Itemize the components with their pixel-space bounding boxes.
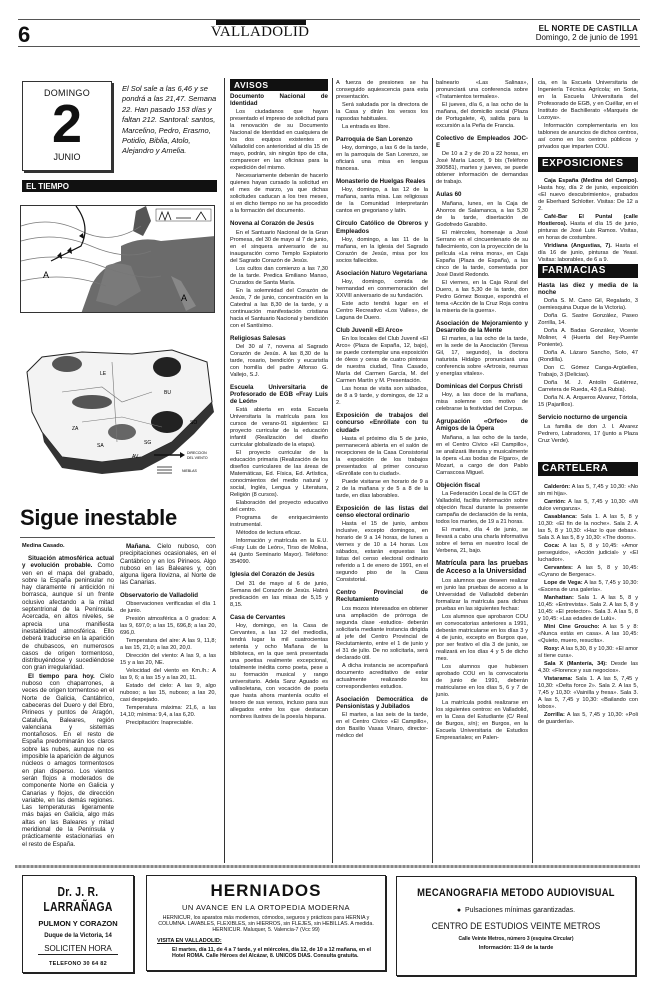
notice-text: A fuerza de presiones se ha conseguido a… [336, 80, 428, 101]
svg-text:NIEBLAS: NIEBLAS [182, 469, 197, 473]
cinema-name: Calderón: [544, 484, 570, 490]
cinema-name: Manhattan: [544, 595, 574, 601]
notice-title: Exposición de trabajos del concurso «Enr… [336, 412, 428, 434]
column-5-intro: cia, en la Escuela Universitaria de Inge… [538, 80, 638, 152]
notice-title: Aulas 60 [436, 191, 528, 198]
notice-text: El proyecto curricular de la educación p… [230, 450, 328, 499]
notice-title: Círculo Católico de Obreros y Empleados [336, 220, 428, 234]
column-divider [332, 78, 333, 863]
notice-title: Asociación Democrática de Pensionistas y… [336, 696, 428, 710]
cinema-name: Vistarama: [544, 676, 573, 682]
svg-text:SA: SA [97, 443, 104, 449]
pharmacy-item: Doña G. Sastre González, Paseo Zorrilla,… [538, 313, 638, 327]
notice-text: El viernes, en la Caja Rural del Duero, … [436, 280, 528, 315]
notice-text: Los alumnos que aprobaron COU en convoca… [436, 614, 528, 663]
pharmacy-item: Doña N. A. Arqueros Alvarez, Tórtola, 15… [538, 395, 638, 409]
cinema-name: Coca: [544, 543, 560, 549]
isobar-map-icon: A A [21, 206, 215, 313]
notice-text: Los ciudadanos que hayan presentado el i… [230, 109, 328, 172]
header-top-rule [18, 19, 640, 20]
venue-text: Hasta hoy, día 2 de junio, exposición «E… [538, 185, 638, 212]
ad-bullet-text: Pulsaciones mínimas garantizadas. [465, 907, 575, 914]
notice-text: El martes, día 4 de junio, se llevará a … [436, 527, 528, 555]
cinema-name: Mini Cine Groucho: [544, 624, 600, 630]
page-number: 6 [18, 22, 30, 48]
castilla-leon-weather-map: LE BU ZA SA AV SG SO DIRECCION DEL VIENT… [22, 342, 217, 480]
notice-text: Los mozos interesados en obtener una amp… [336, 606, 428, 662]
ad-address: Duque de la Victoria, 14 [23, 933, 133, 939]
notice-title: Asociación Naturo Vegetariana [336, 270, 428, 277]
notice-text: balneario «Las Salinas», pronunciará una… [436, 80, 528, 101]
ad-body: HERNICUR, los aparatos más modernos, cóm… [157, 915, 375, 933]
cinema-name: Lope de Vega: [544, 580, 583, 586]
ad-cta: SOLICITEN HORA [38, 944, 118, 955]
notice-text: Necesariamente deberán de hacerlo quiene… [230, 173, 328, 215]
cinema-name: Roxy: [544, 646, 560, 652]
publication-date: Domingo, 2 de junio de 1991 [536, 33, 638, 42]
notice-text: Información y matrícula en la E.U. «Fray… [230, 538, 328, 566]
notice-text: En el Santuario Nacional de la Gran Prom… [230, 230, 328, 265]
ad-visit-text: El martes, día 11, de 4 a 7 tarde, y el … [172, 947, 375, 959]
ad-bullet: ● Pulsaciones mínimas garantizadas. [397, 907, 635, 914]
para-text: Cielo nuboso con chaparrones, a veces de… [22, 673, 114, 848]
weather-article-col1: Medina Casado. Situación atmosférica act… [22, 543, 114, 849]
cinema-name: Sala X (Mantería, 34): [544, 661, 607, 667]
notice-text: En los locales del Club Juvenil «El Arco… [336, 336, 428, 385]
svg-text:DIRECCION: DIRECCION [187, 451, 207, 455]
ad-info: Información: 11-9 de la tarde [397, 945, 635, 951]
notice-title: Monasterio de Huelgas Reales [336, 178, 428, 185]
notice-title: Asociación de Mejoramiento y Desarrollo … [436, 320, 528, 334]
almanac-text: El Sol sale a las 6,46 y se pondrá a las… [122, 84, 222, 157]
svg-text:SO: SO [190, 420, 197, 426]
notice-title: Matrícula para las pruebas de Acceso a l… [436, 560, 528, 576]
newspaper-name: EL NORTE DE CASTILLA [539, 24, 638, 33]
notice-text: Métodos de lectura eficaz. [230, 530, 328, 537]
date-box: DOMINGO 2 JUNIO [22, 81, 112, 171]
svg-text:BU: BU [164, 390, 171, 396]
pharmacy-item: Doña M. J. Antolín Gutiérrez, Carretera … [538, 380, 638, 394]
venue-name: Caja España (Medina del Campo). [544, 178, 638, 184]
header-bottom-rule [18, 46, 640, 47]
ad-doctor-name: Dr. J. R. LARRAÑAGA [34, 884, 122, 914]
notice-title: Agrupación «Orfeo» de Amigos de la Ópera [436, 418, 528, 432]
notice-text: A dicha instancia se acompañará document… [336, 663, 428, 691]
para-text: Cielo nuboso, con precipitaciones ocasio… [120, 543, 216, 586]
notice-text: Este acto tendrá lugar en el Centro Recr… [336, 301, 428, 322]
cinema-name: Casablanca: [544, 514, 577, 520]
europe-weather-map: A A [20, 205, 215, 313]
notice-title: Iglesia del Corazón de Jesús [230, 571, 328, 578]
ad-address: Calle Veinte Metros, número 3 (esquina C… [397, 936, 635, 942]
para-lead: El tiempo para hoy. [28, 673, 95, 680]
svg-text:ZA: ZA [72, 426, 79, 432]
ad-larranaga: Dr. J. R. LARRAÑAGA PULMON Y CORAZON Duq… [22, 875, 134, 973]
notice-text: Los alumnos que hubiesen aprobado COU en… [436, 664, 528, 699]
svg-text:A: A [181, 293, 187, 303]
notice-title: Centro Provincial de Reclutamiento [336, 589, 428, 603]
notice-text: El martes, a las ocho de la tarde, en la… [436, 336, 528, 378]
ad-subtitle: UN AVANCE EN LA ORTOPEDIA MODERNA [147, 903, 385, 912]
bullet-icon: ● [457, 907, 465, 914]
notice-text: Del 31 de mayo al 6 de junio, Semana del… [230, 581, 328, 609]
pharmacy-item: Don C. Gómez Canga-Argüelles, Trabajo, 3… [538, 365, 638, 379]
ad-mecanografia: MECANOGRAFIA METODO AUDIOVISUAL ● Pulsac… [396, 876, 636, 976]
notice-text: La entrada es libre. [336, 124, 428, 131]
pharmacy-hours-title: Hasta las diez y media de la noche [538, 282, 638, 296]
weather-article-col2: Mañana. Cielo nuboso, con precipitacione… [120, 543, 216, 728]
ad-specialty: PULMON Y CORAZON [23, 919, 133, 928]
night-service-text: La familia de don J. I. Alvarez Pedrero,… [538, 424, 638, 445]
notice-text: Información complementaria en los tablon… [538, 123, 638, 151]
farmacias-section-title: FARMACIAS [538, 264, 638, 278]
weather-section-title: EL TIEMPO [22, 180, 217, 192]
observatory-title: Observatorio de Valladolid [120, 592, 216, 599]
obs-line: Temperatura del aire: A las 9, 11,8; a l… [120, 638, 216, 652]
ad-visit-label: VISITA EN VALLADOLID: [157, 938, 385, 944]
notice-text: En la solemnidad del Corazón de Jesús, 7… [230, 288, 328, 330]
notice-title: Parroquia de San Lorenzo [336, 136, 428, 143]
svg-text:A: A [43, 270, 49, 280]
svg-text:LE: LE [100, 371, 107, 377]
notice-title: Escuela Universitaria de Profesorado de … [230, 384, 328, 406]
column-divider [532, 78, 533, 863]
notice-title: Dominicas del Corpus Christi [436, 383, 528, 390]
notice-text: La matrícula podrá realizarse en los sig… [436, 700, 528, 742]
notice-text: Los alumnos que deseen realizar en junio… [436, 578, 528, 613]
notice-text: De 10 a 2 y de 20 a 22 horas, en José Ma… [436, 151, 528, 186]
notice-text: Hoy, domingo, a las 12 de la mañana, san… [336, 187, 428, 215]
pharmacy-item: Doña A. Lázaro Sancho, Soto, 47 (Rondill… [538, 350, 638, 364]
cartelera-list: Calderón: A las 5, 7,45 y 10,30: «No sin… [538, 484, 638, 727]
notices-column-4: balneario «Las Salinas», pronunciará una… [436, 80, 528, 743]
avisos-column: Documento Nacional de Identidad Los ciud… [230, 93, 328, 722]
cinema-name: Carrión: [544, 499, 566, 505]
exposiciones-section-title: EXPOSICIONES [538, 157, 638, 172]
column-divider [432, 78, 433, 863]
notice-title: Club Juvenil «El Arco» [336, 327, 428, 334]
notice-title: Objeción fiscal [436, 482, 528, 489]
notice-title: Exposición de las listas del censo elect… [336, 505, 428, 519]
pharmacy-item: Doña A. Badas González, Vicente Moliner,… [538, 328, 638, 349]
notice-text: Hoy, domingo, en la Casa de Cervantes, a… [230, 623, 328, 721]
notice-text: Está abierta en esta Escuela Universitar… [230, 407, 328, 449]
notice-text: Mañana, lunes, en la Caja de Ahorros de … [436, 201, 528, 229]
notice-text: Será saludada por la directora de la Cas… [336, 102, 428, 123]
farmacias-list: Hasta las diez y media de la noche Doña … [538, 282, 638, 446]
notice-text: Hoy, domingo, a las 11 de la mañana, en … [336, 237, 428, 265]
notice-text: La Federación Local de la CGT de Vallado… [436, 491, 528, 526]
obs-line: Precipitación: Inapreciable. [120, 720, 216, 727]
notice-text: Hoy, domingo, comida de hermandad en con… [336, 279, 428, 300]
notice-text: Del 30 al 7, novena al Sagrado Corazón d… [230, 344, 328, 379]
obs-line: Presión atmosférica a 0 grados: A las 9,… [120, 616, 216, 637]
obs-line: Dirección del viento: A las 9, a las 15 … [120, 653, 216, 667]
notice-text: Programa de enriquecimiento instrumental… [230, 515, 328, 529]
cinema-name: Cervantes: [544, 565, 573, 571]
para-lead: Mañana. [126, 543, 151, 550]
ad-title: HERNIADOS [147, 881, 385, 901]
notice-title: Colectivo de Empleados JOC-E [436, 135, 528, 149]
month: JUNIO [23, 152, 111, 162]
notice-title: Casa de Cervantes [230, 614, 328, 621]
column-divider [224, 78, 225, 863]
notice-text: Elaboración del proyecto educativo del c… [230, 500, 328, 514]
notices-column-3: A fuerza de presiones se ha conseguido a… [336, 80, 428, 741]
obs-line: Velocidad del viento en Km./h.: A las 9,… [120, 668, 216, 682]
section-title: VALLADOLID [190, 24, 330, 41]
exposiciones-list: Caja España (Medina del Campo). Hasta ho… [538, 178, 638, 265]
notice-text: Hoy, domingo, a las 6 de la tarde, en la… [336, 145, 428, 173]
ad-phone: TELEFONO 30 64 82 [23, 961, 133, 967]
notice-text: Hasta el 15 de junio, ambos inclusive, e… [336, 521, 428, 584]
headline-rule [20, 537, 215, 538]
notice-text: El jueves, día 6, a las ocho de la mañan… [436, 102, 528, 130]
day-number: 2 [23, 98, 111, 150]
notice-title: Religiosas Salesas [230, 335, 328, 342]
night-service-title: Servicio nocturno de urgencia [538, 414, 638, 421]
cartelera-section-title: CARTELERA [538, 462, 638, 476]
notice-text: Hoy, a las doce de la mañana, misa solem… [436, 392, 528, 413]
notice-title: Novena al Corazón de Jesús [230, 220, 328, 227]
svg-text:AV: AV [132, 454, 139, 460]
notice-text: cia, en la Escuela Universitaria de Inge… [538, 80, 638, 122]
ads-divider [15, 865, 640, 868]
notice-title: Documento Nacional de Identidad [230, 93, 328, 107]
notice-text: Hasta el próximo día 5 de junio, permane… [336, 436, 428, 478]
notice-text: El miércoles, homenaje a José Serrano en… [436, 230, 528, 279]
notice-text: Los cultos dan comienzo a las 7,30 de la… [230, 266, 328, 287]
svg-text:SG: SG [144, 440, 151, 446]
ad-school: CENTRO DE ESTUDIOS VEINTE METROS [409, 921, 623, 932]
obs-line: Observaciones verificadas el día 1 de ju… [120, 601, 216, 615]
notice-text: Las horas de visita son sábados, de 8 a … [336, 386, 428, 407]
weather-headline: Sigue inestable [20, 505, 177, 531]
cinema-name: Zorrilla: [544, 712, 565, 718]
obs-line: Estado del cielo: A las 9, algo nuboso; … [120, 683, 216, 704]
obs-line: Temperatura máxima: 21,6, a las 14,10; m… [120, 705, 216, 719]
ad-title: MECANOGRAFIA METODO AUDIOVISUAL [415, 887, 617, 899]
byline: Medina Casado. [22, 543, 114, 550]
venue-name: Viridiana (Angustias, 7). [544, 243, 612, 249]
pharmacy-item: Doña S. M. Cano Gil, Regalado, 3 (semies… [538, 298, 638, 312]
avisos-section-title: AVISOS [230, 79, 328, 91]
notice-text: El martes, a las seis de la tarde, en el… [336, 712, 428, 740]
ad-herniados: HERNIADOS UN AVANCE EN LA ORTOPEDIA MODE… [146, 875, 386, 971]
svg-text:DEL VIENTO: DEL VIENTO [187, 456, 208, 460]
notice-text: Puede visitarse en horario de 9 a 2 de l… [336, 479, 428, 500]
para-text: Como ven en el mapa del grabado, sobre l… [22, 562, 114, 671]
notice-text: Mañana, a las ocho de la tarde, en el Ce… [436, 435, 528, 477]
